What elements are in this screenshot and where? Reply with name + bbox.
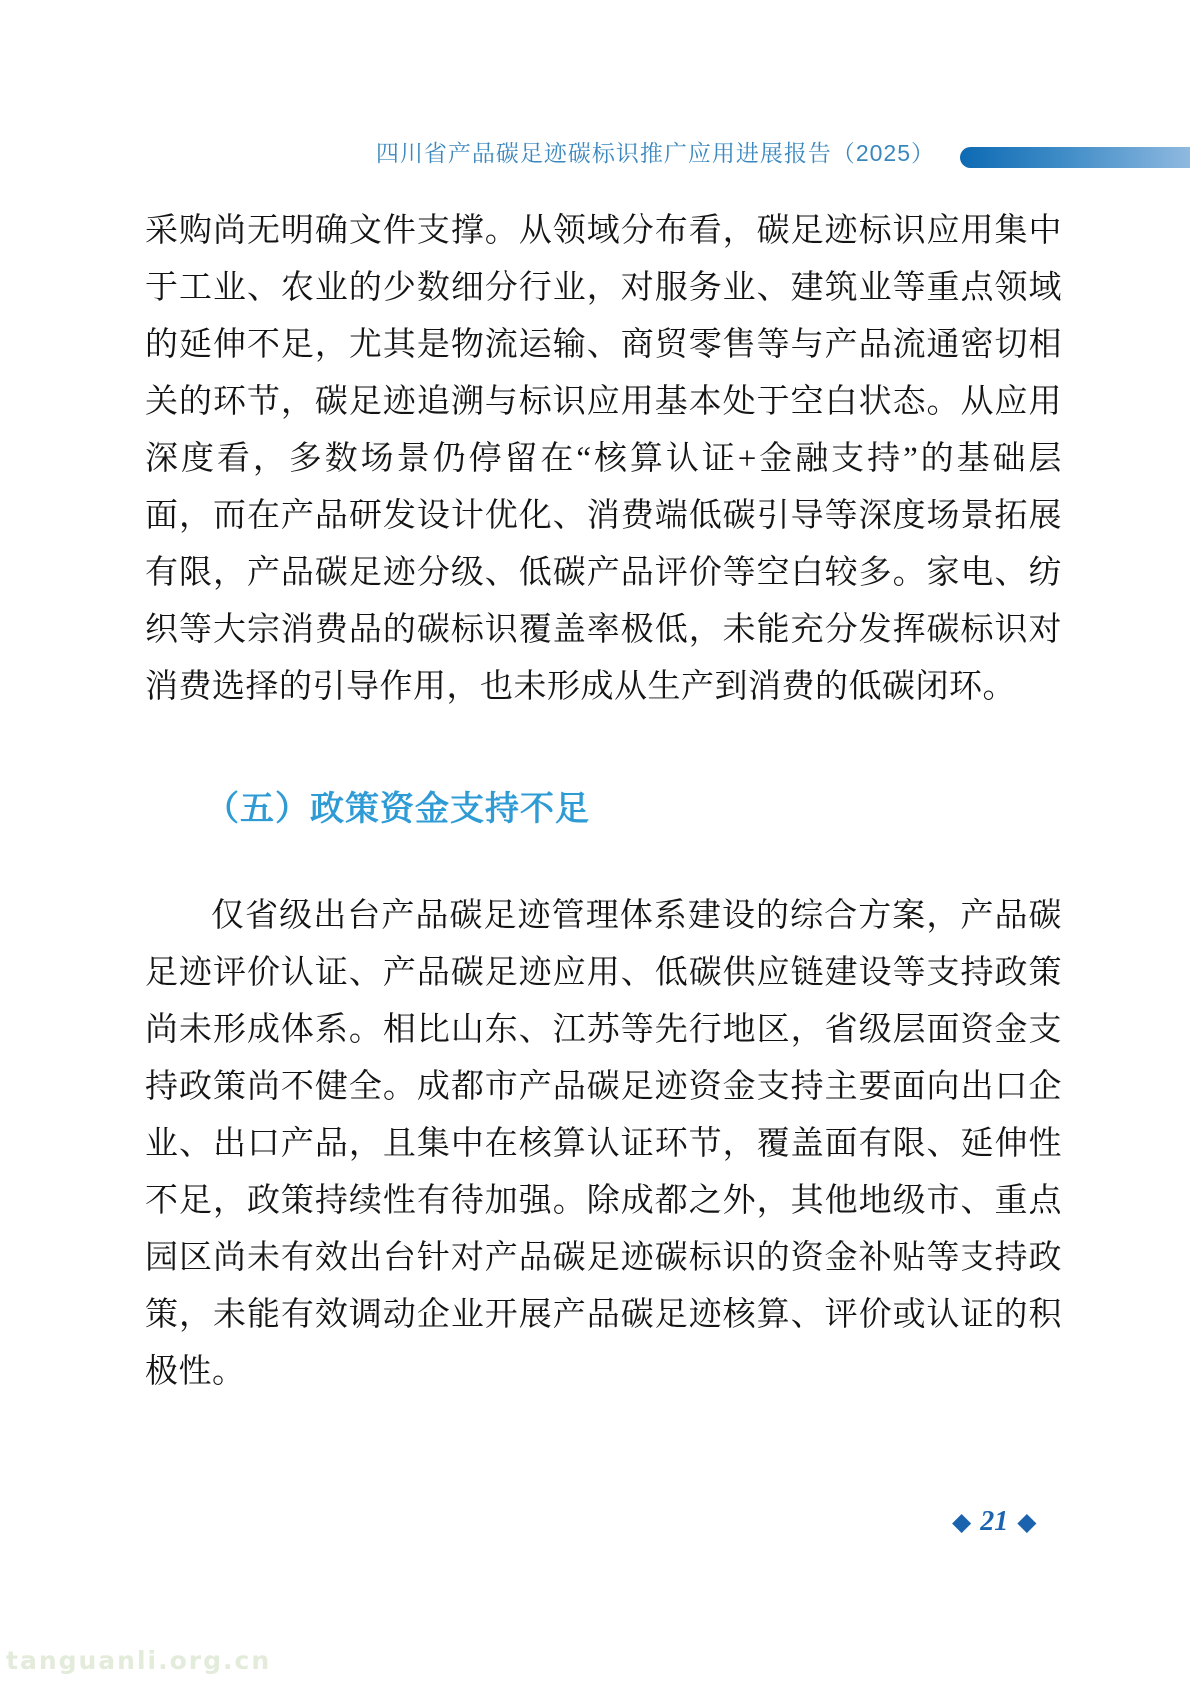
paragraph-section-5: 仅省级出台产品碳足迹管理体系建设的综合方案，产品碳足迹评价认证、产品碳足迹应用、…: [145, 888, 1062, 1401]
diamond-icon: ◆: [1017, 1510, 1036, 1535]
section-heading-5: （五）政策资金支持不足: [205, 784, 1062, 834]
document-page: 四川省产品碳足迹碳标识推广应用进展报告（2025） 采购尚无明确文件支撑。从领域…: [0, 0, 1190, 1683]
header-accent-bar: [960, 147, 1190, 168]
paragraph-continued: 采购尚无明确文件支撑。从领域分布看，碳足迹标识应用集中于工业、农业的少数细分行业…: [145, 203, 1062, 716]
diamond-icon: ◆: [952, 1510, 971, 1535]
page-number: ◆ 21 ◆: [952, 1506, 1036, 1538]
page-number-value: 21: [980, 1506, 1008, 1538]
page-body: 采购尚无明确文件支撑。从领域分布看，碳足迹标识应用集中于工业、农业的少数细分行业…: [145, 203, 1062, 1401]
site-watermark: tanguanli.org.cn: [6, 1646, 271, 1675]
report-header-title: 四川省产品碳足迹碳标识推广应用进展报告（2025）: [376, 135, 935, 168]
